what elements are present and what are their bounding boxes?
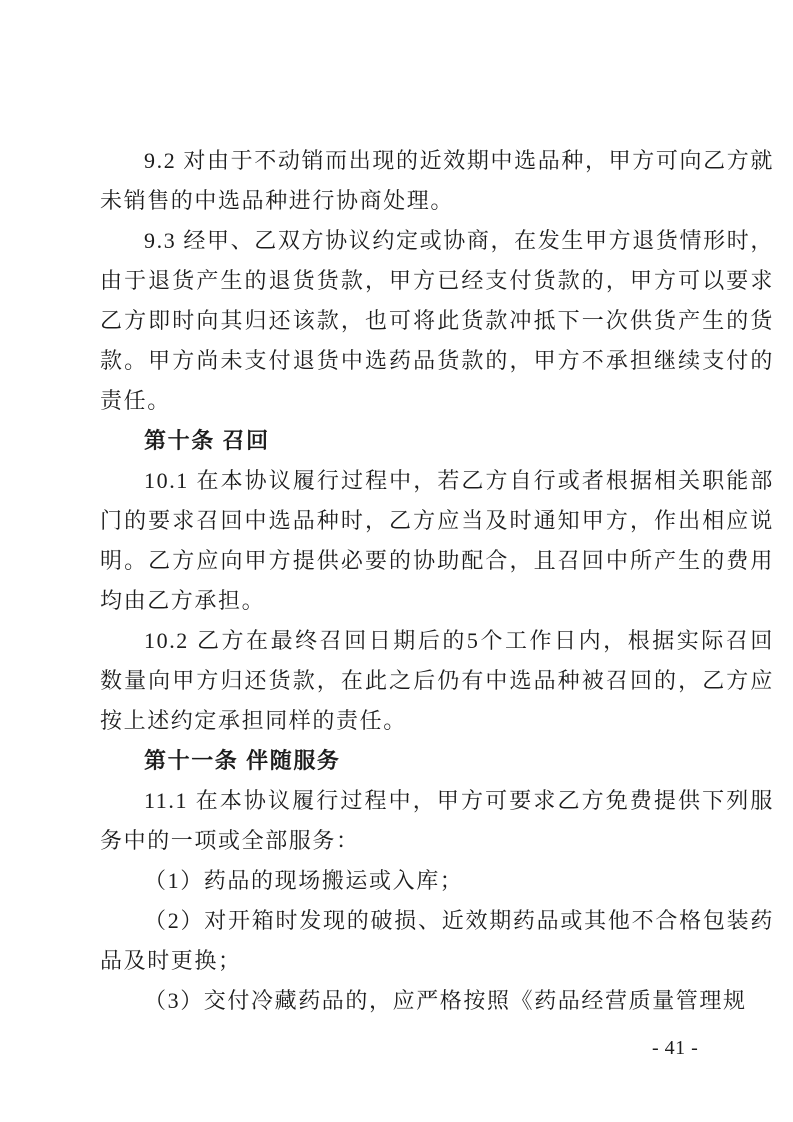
paragraph: 10.2 乙方在最终召回日期后的5个工作日内，根据实际召回数量向甲方归还货款，在…: [100, 621, 774, 741]
document-body: 9.2 对由于不动销而出现的近效期中选品种，甲方可向乙方就未销售的中选品种进行协…: [100, 141, 774, 1021]
list-item: （1）药品的现场搬运或入库；: [100, 861, 774, 901]
paragraph: 10.1 在本协议履行过程中，若乙方自行或者根据相关职能部门的要求召回中选品种时…: [100, 461, 774, 621]
section-heading: 第十一条 伴随服务: [100, 741, 774, 781]
paragraph: 9.2 对由于不动销而出现的近效期中选品种，甲方可向乙方就未销售的中选品种进行协…: [100, 141, 774, 221]
list-item: （2）对开箱时发现的破损、近效期药品或其他不合格包装药品及时更换；: [100, 901, 774, 981]
document-page: 9.2 对由于不动销而出现的近效期中选品种，甲方可向乙方就未销售的中选品种进行协…: [0, 0, 793, 1122]
paragraph: 11.1 在本协议履行过程中，甲方可要求乙方免费提供下列服务中的一项或全部服务：: [100, 781, 774, 861]
list-item: （3）交付冷藏药品的，应严格按照《药品经营质量管理规: [100, 981, 774, 1021]
page-number: - 41 -: [652, 1036, 708, 1060]
section-heading: 第十条 召回: [100, 421, 774, 461]
paragraph: 9.3 经甲、乙双方协议约定或协商，在发生甲方退货情形时，由于退货产生的退货货款…: [100, 221, 774, 421]
